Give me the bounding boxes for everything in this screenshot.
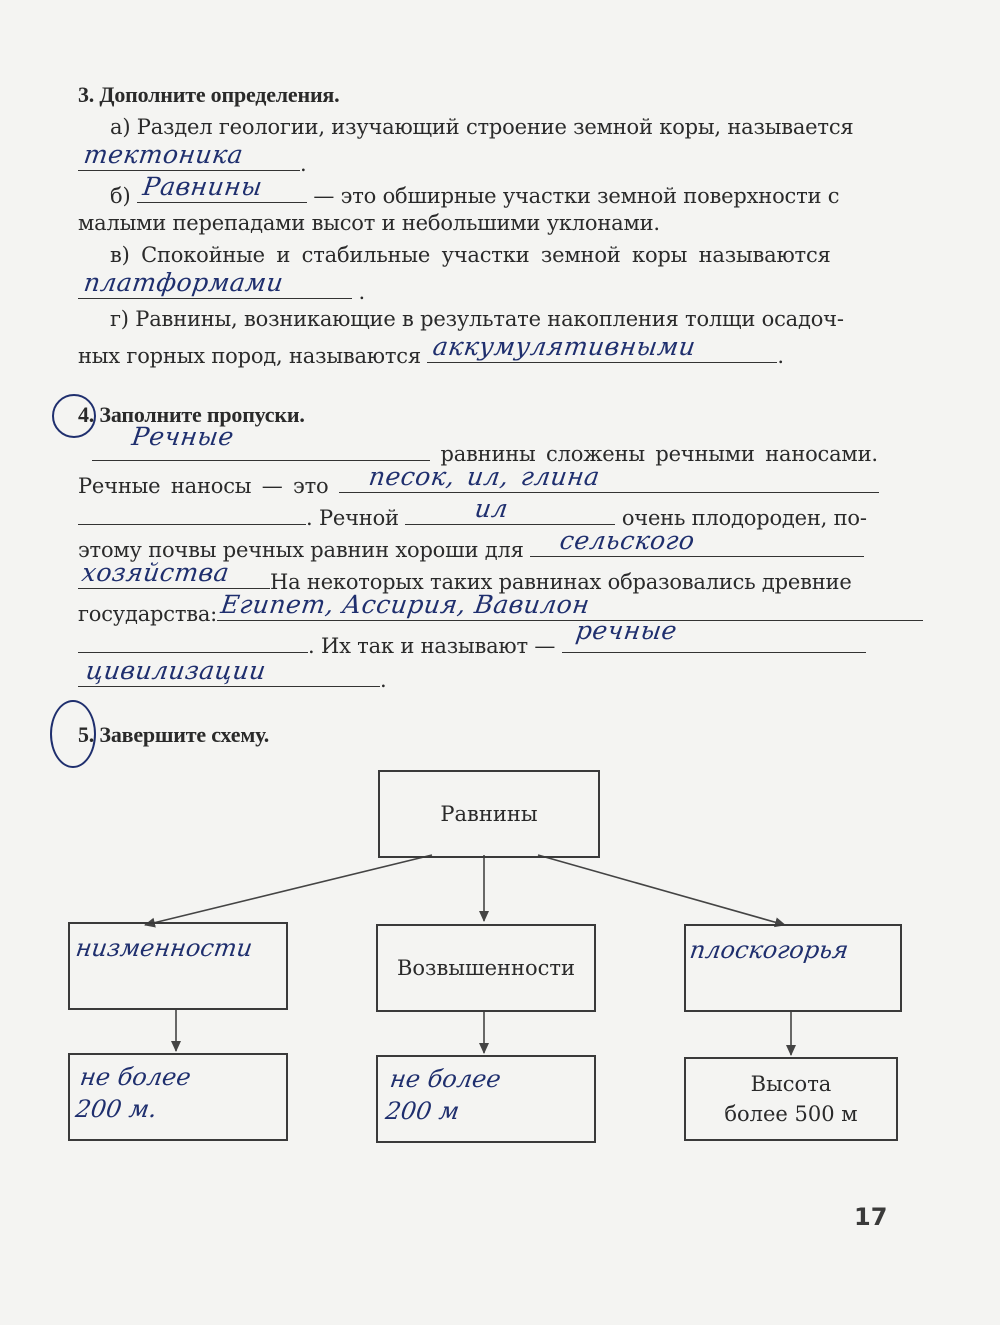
task4-text7: государства: (78, 602, 217, 626)
task5-number: 5. (78, 722, 94, 747)
task3-a-text: а) Раздел геологии, изучающий строение з… (110, 114, 853, 140)
task3-v-answer-line: платформами . (78, 274, 365, 305)
task3-title: 3. Дополните определения. (78, 82, 339, 108)
task3-g-text2: ных горных пород, называются (78, 344, 421, 368)
page-number: 17 (854, 1203, 887, 1231)
scheme-height-label: Высота более 500 м (716, 1069, 866, 1129)
scheme-root-label: Равнины (440, 799, 537, 829)
answer-blank[interactable]: Египет, Ассирия, Вавилон (217, 596, 923, 621)
handwritten-answer: плоскогорья (688, 934, 851, 966)
handwritten-answer: речные (574, 618, 679, 644)
task4-number: 4. (78, 402, 94, 427)
answer-blank[interactable]: цивилизации (78, 662, 380, 687)
task3-g-line: ных горных пород, называются аккумулятив… (78, 338, 784, 369)
handwritten-answer: цивилизации (84, 658, 268, 684)
answer-blank[interactable]: песок, ил, глина (339, 468, 879, 493)
task4-text3: . Речной (306, 506, 399, 530)
answer-blank[interactable]: аккумулятивными (427, 338, 777, 363)
task3-b-text2: малыми перепадами высот и небольшими укл… (78, 210, 660, 236)
task3-g-text: г) Равнины, возникающие в результате нак… (110, 306, 844, 332)
answer-blank[interactable]: тектоника (78, 146, 300, 171)
scheme-branch-box-lowlands[interactable]: низменности (68, 922, 288, 1010)
handwritten-answer: не более 200 м. (74, 1061, 193, 1125)
handwritten-answer: тектоника (82, 142, 245, 168)
handwritten-answer: Равнины (141, 174, 264, 200)
scheme-height-box-plateaus: Высота более 500 м (684, 1057, 898, 1141)
answer-blank[interactable]: ил (405, 500, 615, 525)
handwritten-answer: песок, ил, глина (367, 464, 601, 490)
scheme-branch-box-uplands: Возвышенности (376, 924, 596, 1012)
answer-blank[interactable]: речные (562, 628, 866, 653)
task3-b-text: — это обширные участки земной поверхност… (313, 184, 839, 208)
task4-line8: цивилизации. (78, 662, 386, 693)
scheme-height-box-lowlands[interactable]: не более 200 м. (68, 1053, 288, 1141)
task4-line7: . Их так и называют — речные (78, 628, 866, 659)
scheme-root-box: Равнины (378, 770, 600, 858)
scheme-branch-box-plateaus[interactable]: плоскогорья (684, 924, 902, 1012)
answer-blank[interactable] (78, 500, 306, 525)
handwritten-answer: Речные (130, 424, 235, 450)
answer-blank[interactable]: платформами (78, 274, 352, 299)
handwritten-answer: ил (474, 496, 511, 522)
task4-line6: государства:Египет, Ассирия, Вавилон (78, 596, 923, 627)
answer-blank[interactable]: Равнины (137, 178, 307, 203)
task3-v-text: в) Спокойные и стабильные участки земной… (110, 242, 831, 268)
task5-title: Завершите схему. (99, 722, 269, 747)
workbook-page: 3. Дополните определения. а) Раздел геол… (0, 0, 1000, 1325)
answer-blank[interactable]: Речные (92, 436, 430, 461)
task4-text2: Речные наносы — это (78, 474, 328, 498)
scheme-branch-label: Возвышенности (397, 953, 575, 983)
answer-blank[interactable]: хозяйства (78, 564, 270, 589)
handwritten-answer: не более 200 м (384, 1063, 503, 1127)
task3-b-line: б) Равнины — это обширные участки земной… (110, 178, 839, 209)
handwritten-answer: Египет, Ассирия, Вавилон (219, 592, 591, 618)
task5-title-line: 5. Завершите схему. (78, 722, 269, 748)
handwritten-answer: платформами (82, 270, 285, 296)
handwritten-answer: сельского (558, 528, 696, 554)
task3-b-prefix: б) (110, 184, 130, 208)
handwritten-answer: аккумулятивными (432, 334, 698, 360)
handwritten-answer: хозяйства (80, 560, 231, 586)
task4-line3: . Речной ил очень плодороден, по- (78, 500, 867, 531)
handwritten-answer: низменности (74, 932, 255, 964)
answer-blank[interactable] (78, 628, 308, 653)
period: . (380, 668, 386, 692)
answer-blank[interactable]: сельского (530, 532, 864, 557)
task4-text8: . Их так и называют — (308, 634, 555, 658)
scheme-height-box-uplands[interactable]: не более 200 м (376, 1055, 596, 1143)
